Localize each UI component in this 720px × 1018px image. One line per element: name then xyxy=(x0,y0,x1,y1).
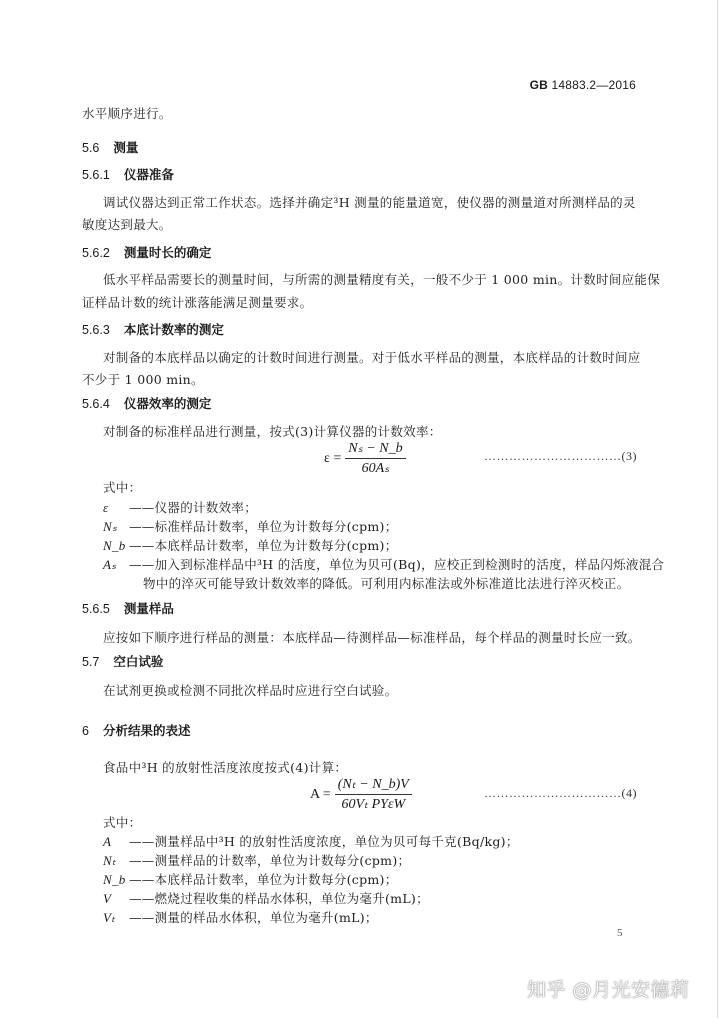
heading-5-6-4: 5.6.4仪器效率的测定 xyxy=(82,396,211,412)
page-number: 5 xyxy=(617,927,623,939)
fraction: Nₛ − N_b 60Aₛ xyxy=(345,440,405,477)
definition-item: V——燃烧过程收集的样品水体积，单位为毫升(mL)； xyxy=(103,891,429,907)
heading-5-6: 5.6测量 xyxy=(82,140,138,156)
fraction: (Nₜ − N_b)V 60Vₜ PYεW xyxy=(335,776,412,813)
definition-item: Nₛ——标准样品计数率，单位为计数每分(cpm)； xyxy=(103,519,398,535)
heading-5-6-3: 5.6.3本底计数率的测定 xyxy=(82,322,224,338)
formula-lhs: A = xyxy=(310,787,331,803)
definition-symbol: ε xyxy=(103,500,129,516)
section-title: 分析结果的表述 xyxy=(103,723,191,738)
continuation-text: 水平顺序进行。 xyxy=(82,106,172,122)
definition-item: N_b——本底样品计数率，单位为计数每分(cpm)； xyxy=(103,872,398,888)
section-number: 5.6.2 xyxy=(82,246,110,260)
where-label: 式中： xyxy=(103,480,141,496)
definition-item: Nₜ——测量样品的计数率，单位为计数每分(cpm)； xyxy=(103,853,410,869)
equation-number-3: ……………………………(3) xyxy=(484,449,637,464)
definition-text: ——测量样品的计数率，单位为计数每分(cpm)； xyxy=(129,853,410,868)
heading-5-7: 5.7空白试验 xyxy=(82,654,163,670)
formula-numerator: Nₛ − N_b xyxy=(345,440,405,459)
paragraph-6-intro: 食品中³H 的放射性活度浓度按式(4)计算： xyxy=(103,760,347,776)
definition-symbol: V xyxy=(103,891,129,907)
definition-text: ——测量样品中³H 的放射性活度浓度，单位为贝可每千克(Bq/kg)； xyxy=(129,834,519,849)
section-title: 空白试验 xyxy=(113,654,163,669)
formula-numerator: (Nₜ − N_b)V xyxy=(335,776,412,795)
definition-symbol: N_b xyxy=(103,872,129,888)
paragraph-5-6-3-line1: 对制备的本底样品以确定的计数时间进行测量。对于低水平样品的测量，本底样品的计数时… xyxy=(103,350,641,366)
formula-lhs: ε = xyxy=(324,451,341,467)
where-label: 式中： xyxy=(103,815,141,831)
section-title: 测量 xyxy=(113,140,138,155)
definition-text: ——本底样品计数率，单位为计数每分(cpm)； xyxy=(129,872,398,887)
formula-denominator: 60Aₛ xyxy=(359,459,393,477)
definition-text: ——仪器的计数效率； xyxy=(129,500,257,515)
section-number: 5.6.4 xyxy=(82,397,110,411)
standard-code: GB 14883.2—2016 xyxy=(530,78,636,92)
section-number: 5.6.1 xyxy=(82,168,110,182)
paragraph-5-6-2-line1: 低水平样品需要长的测量时间，与所需的测量精度有关，一般不少于 1 000 min… xyxy=(103,272,660,288)
definition-text: ——标准样品计数率，单位为计数每分(cpm)； xyxy=(129,519,398,534)
section-number: 5.6.3 xyxy=(82,323,110,337)
section-number: 6 xyxy=(82,724,89,738)
section-title: 本底计数率的测定 xyxy=(124,322,224,337)
definition-symbol: Aₛ xyxy=(103,557,129,573)
paragraph-5-6-4-intro: 对制备的标准样品进行测量，按式(3)计算仪器的计数效率： xyxy=(103,424,442,440)
paragraph-5-6-1-line2: 敏度达到最大。 xyxy=(82,217,172,233)
formula-denominator: 60Vₜ PYεW xyxy=(338,795,408,813)
definition-item: Vₜ——测量的样品水体积，单位为毫升(mL)； xyxy=(103,910,378,926)
section-number: 5.7 xyxy=(82,655,99,669)
paragraph-5-6-1-line1: 调试仪器达到正常工作状态。选择并确定³H 测量的能量道宽，使仪器的测量道对所测样… xyxy=(103,195,636,211)
standard-prefix: GB xyxy=(530,78,548,92)
definition-text: ——加入到标准样品中³H 的活度，单位为贝可(Bq)，应校正到检测时的活度，样品… xyxy=(129,557,664,572)
definition-symbol: Nₜ xyxy=(103,853,129,869)
section-number: 5.6.5 xyxy=(82,602,110,616)
definition-text: ——测量的样品水体积，单位为毫升(mL)； xyxy=(129,910,378,925)
definition-item: ε——仪器的计数效率； xyxy=(103,500,257,516)
page-edge-divider xyxy=(717,0,718,1018)
section-number: 5.6 xyxy=(82,141,99,155)
definition-symbol: Vₜ xyxy=(103,910,129,926)
paragraph-5-6-2-line2: 证样品计数的统计涨落能满足测量要求。 xyxy=(82,295,312,311)
heading-6: 6分析结果的表述 xyxy=(82,723,190,739)
section-title: 测量样品 xyxy=(124,601,174,616)
paragraph-5-7: 在试剂更换或检测不同批次样品时应进行空白试验。 xyxy=(103,683,397,699)
definition-item: Aₛ——加入到标准样品中³H 的活度，单位为贝可(Bq)，应校正到检测时的活度，… xyxy=(103,557,664,573)
watermark: 知乎 @月光安德莉 xyxy=(527,975,690,1002)
definition-text: ——本底样品计数率，单位为计数每分(cpm)； xyxy=(129,538,398,553)
heading-5-6-2: 5.6.2测量时长的确定 xyxy=(82,245,211,261)
section-title: 仪器准备 xyxy=(124,167,174,182)
definition-continuation: 物中的淬灭可能导致计数效率的降低。可利用内标准法或外标准道比法进行淬灭校正。 xyxy=(143,576,629,592)
formula-3: ε = Nₛ − N_b 60Aₛ xyxy=(324,440,406,477)
heading-5-6-5: 5.6.5测量样品 xyxy=(82,601,174,617)
heading-5-6-1: 5.6.1仪器准备 xyxy=(82,167,174,183)
formula-4: A = (Nₜ − N_b)V 60Vₜ PYεW xyxy=(310,776,412,813)
section-title: 仪器效率的测定 xyxy=(124,396,212,411)
standard-number: 14883.2—2016 xyxy=(552,78,636,92)
definition-item: A——测量样品中³H 的放射性活度浓度，单位为贝可每千克(Bq/kg)； xyxy=(103,834,519,850)
definition-symbol: Nₛ xyxy=(103,519,129,535)
definition-item: N_b——本底样品计数率，单位为计数每分(cpm)； xyxy=(103,538,398,554)
paragraph-5-6-3-line2: 不少于 1 000 min。 xyxy=(82,372,204,388)
definition-text: ——燃烧过程收集的样品水体积，单位为毫升(mL)； xyxy=(129,891,429,906)
paragraph-5-6-5: 应按如下顺序进行样品的测量：本底样品—待测样品—标准样品，每个样品的测量时长应一… xyxy=(103,630,641,646)
equation-number-4: ……………………………(4) xyxy=(484,786,637,801)
definition-symbol: A xyxy=(103,834,129,850)
definition-symbol: N_b xyxy=(103,538,129,554)
section-title: 测量时长的确定 xyxy=(124,245,212,260)
